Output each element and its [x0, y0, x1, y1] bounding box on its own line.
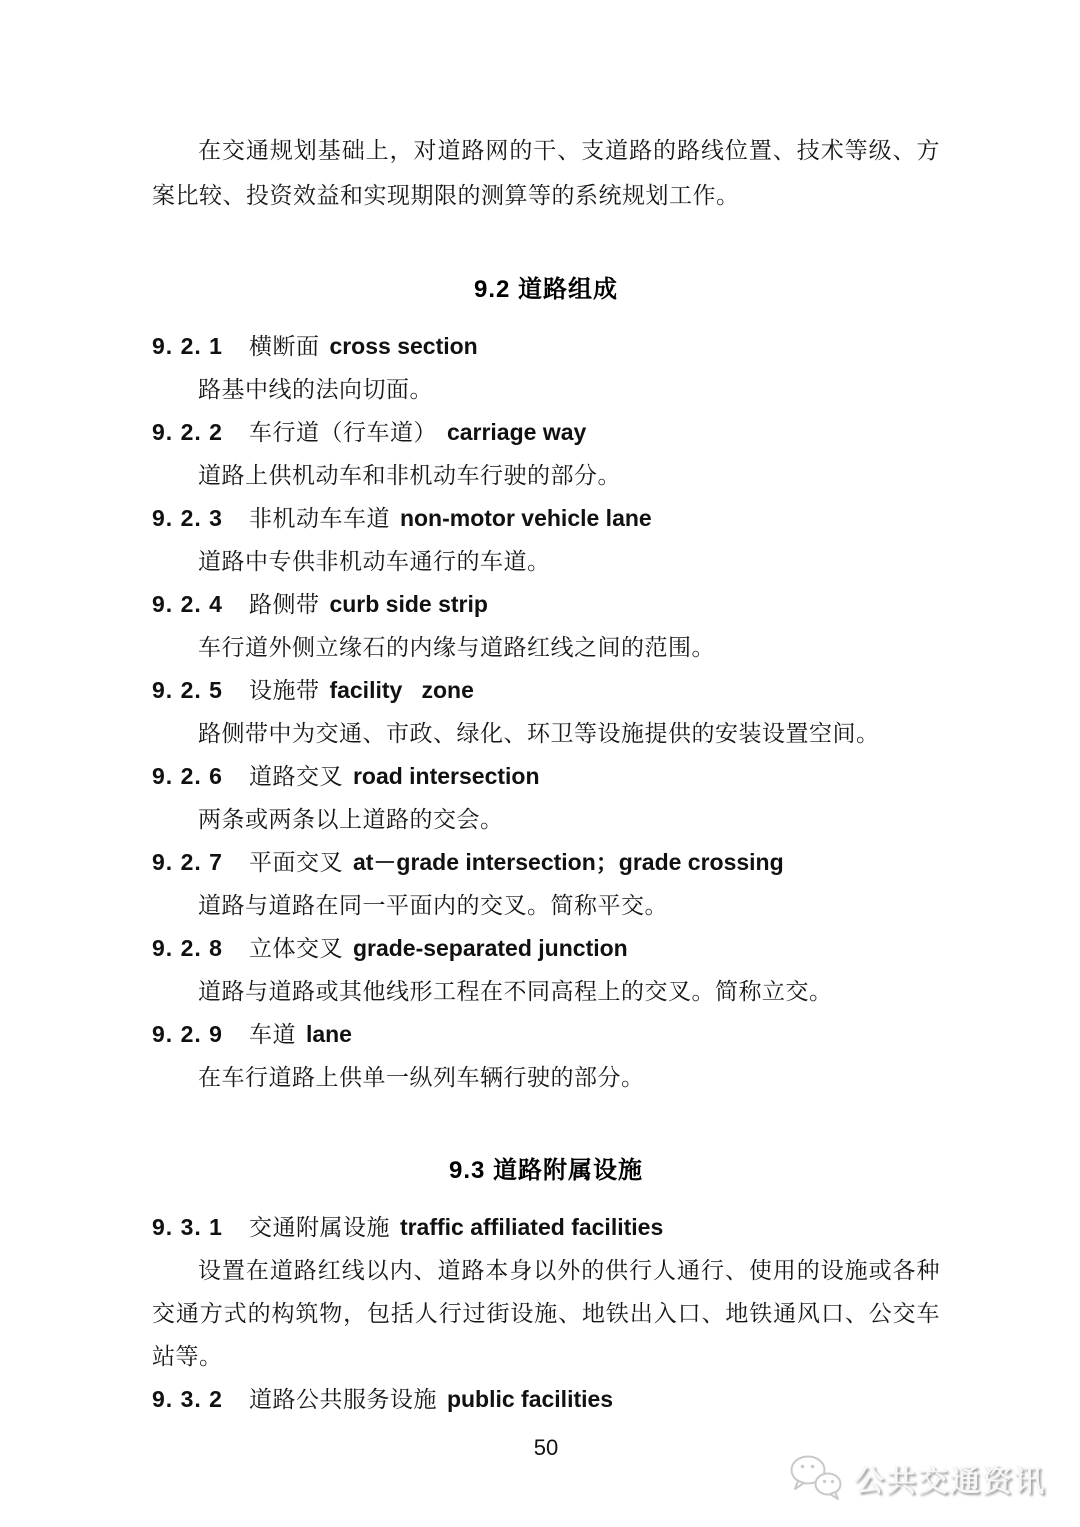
term-definition: 路基中线的法向切面。	[152, 368, 940, 411]
term-entry: 9. 3. 1交通附属设施traffic affiliated faciliti…	[152, 1206, 940, 1249]
term-entry: 9. 2. 2车行道（行车道）carriage way	[152, 411, 940, 454]
term-entry: 9. 2. 6道路交叉road intersection	[152, 755, 940, 798]
term-chinese: 车道	[249, 1022, 296, 1047]
term-entry: 9. 2. 7平面交叉at－grade intersection；grade c…	[152, 841, 940, 884]
term-english: road intersection	[353, 763, 540, 789]
term-definition: 车行道外侧立缘石的内缘与道路红线之间的范围。	[152, 626, 940, 669]
term-definition: 路侧带中为交通、市政、绿化、环卫等设施提供的安装设置空间。	[152, 712, 940, 755]
watermark-text: 公共交通资讯	[854, 1456, 1046, 1500]
term-chinese: 路侧带	[249, 592, 320, 617]
watermark: 公共交通资讯	[788, 1453, 1046, 1503]
term-number: 9. 2. 6	[152, 763, 223, 789]
term-entry: 9. 2. 9车道lane	[152, 1013, 940, 1056]
term-number: 9. 3. 1	[152, 1214, 223, 1240]
term-chinese: 交通附属设施	[249, 1215, 390, 1240]
term-english: non-motor vehicle lane	[400, 505, 652, 531]
term-entry: 9. 2. 1横断面cross section	[152, 325, 940, 368]
term-english: cross section	[329, 333, 477, 359]
wechat-icon	[788, 1453, 844, 1503]
section-heading: 9.3 道路附属设施	[152, 1149, 940, 1192]
term-english: facility zone	[329, 677, 473, 703]
term-english: public facilities	[447, 1386, 613, 1412]
term-english: grade-separated junction	[353, 935, 628, 961]
term-chinese: 设施带	[249, 678, 320, 703]
term-definition: 道路与道路或其他线形工程在不同高程上的交叉。简称立交。	[152, 970, 940, 1013]
term-entry: 9. 3. 2道路公共服务设施public facilities	[152, 1378, 940, 1421]
term-number: 9. 2. 8	[152, 935, 223, 961]
term-chinese: 道路公共服务设施	[249, 1387, 437, 1412]
term-english: traffic affiliated facilities	[400, 1214, 663, 1240]
term-number: 9. 2. 9	[152, 1021, 223, 1047]
term-number: 9. 3. 2	[152, 1386, 223, 1412]
section-heading: 9.2 道路组成	[152, 268, 940, 311]
term-definition: 设置在道路红线以内、道路本身以外的供行人通行、使用的设施或各种交通方式的构筑物，…	[152, 1249, 940, 1378]
term-chinese: 道路交叉	[249, 764, 343, 789]
term-definition: 道路上供机动车和非机动车行驶的部分。	[152, 454, 940, 497]
term-definition: 道路中专供非机动车通行的车道。	[152, 540, 940, 583]
term-english: at－grade intersection；grade crossing	[353, 849, 784, 875]
term-number: 9. 2. 1	[152, 333, 223, 359]
term-number: 9. 2. 5	[152, 677, 223, 703]
term-chinese: 平面交叉	[249, 850, 343, 875]
term-number: 9. 2. 3	[152, 505, 223, 531]
term-english: curb side strip	[329, 591, 487, 617]
term-definition: 道路与道路在同一平面内的交叉。简称平交。	[152, 884, 940, 927]
term-number: 9. 2. 7	[152, 849, 223, 875]
term-chinese: 横断面	[249, 334, 320, 359]
term-entry: 9. 2. 4路侧带curb side strip	[152, 583, 940, 626]
term-number: 9. 2. 4	[152, 591, 223, 617]
term-entry: 9. 2. 3非机动车车道non-motor vehicle lane	[152, 497, 940, 540]
terminology-sections: 9.2 道路组成9. 2. 1横断面cross section路基中线的法向切面…	[152, 268, 940, 1421]
term-english: carriage way	[447, 419, 586, 445]
term-entry: 9. 2. 8立体交叉grade-separated junction	[152, 927, 940, 970]
term-chinese: 立体交叉	[249, 936, 343, 961]
term-chinese: 非机动车车道	[249, 506, 390, 531]
document-page: 在交通规划基础上，对道路网的干、支道路的路线位置、技术等级、方案比较、投资效益和…	[0, 0, 1080, 1461]
term-entry: 9. 2. 5设施带facility zone	[152, 669, 940, 712]
term-chinese: 车行道（行车道）	[249, 420, 437, 445]
term-definition: 两条或两条以上道路的交会。	[152, 798, 940, 841]
term-english: lane	[306, 1021, 352, 1047]
intro-paragraph: 在交通规划基础上，对道路网的干、支道路的路线位置、技术等级、方案比较、投资效益和…	[152, 128, 940, 218]
term-definition: 在车行道路上供单一纵列车辆行驶的部分。	[152, 1056, 940, 1099]
term-number: 9. 2. 2	[152, 419, 223, 445]
